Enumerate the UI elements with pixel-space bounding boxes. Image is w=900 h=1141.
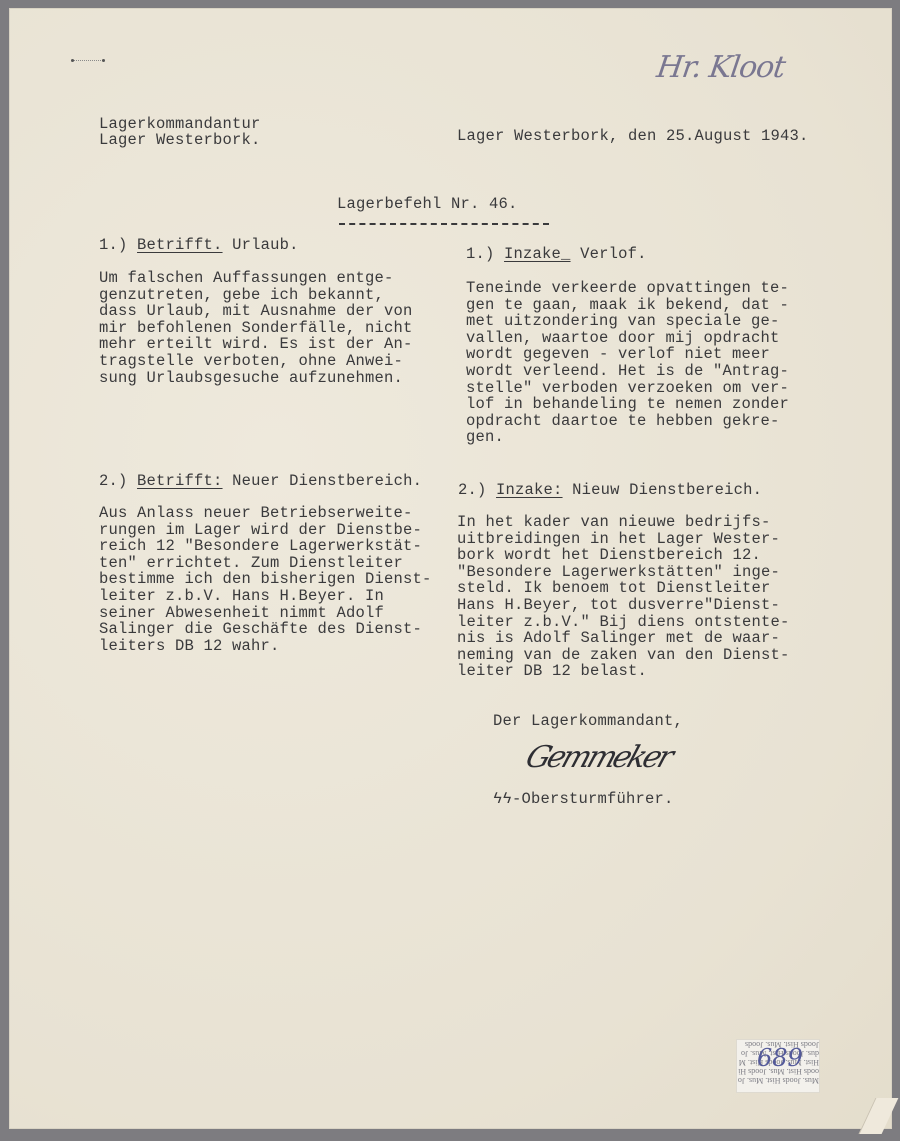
section-1-de-heading: 1.) Betrifft. Urlaub. bbox=[99, 237, 299, 254]
text-line: reich 12 "Besondere Lagerwerkstät- bbox=[99, 538, 432, 555]
text-line: leiters DB 12 wahr. bbox=[99, 638, 432, 655]
folded-corner bbox=[859, 1098, 899, 1134]
text-line: genzutreten, gebe ich bekannt, bbox=[99, 287, 413, 304]
section-label: Inzake: bbox=[496, 481, 563, 499]
section-2-de-body: Aus Anlass neuer Betriebserweite-rungen … bbox=[99, 505, 432, 654]
text-line: gen. bbox=[466, 429, 789, 446]
text-line: Salinger die Geschäfte des Dienst- bbox=[99, 621, 432, 638]
text-line: rungen im Lager wird der Dienstbe- bbox=[99, 522, 432, 539]
punch-mark bbox=[73, 60, 103, 63]
text-line: nis is Adolf Salinger met de waar- bbox=[457, 630, 790, 647]
text-line: wordt gegeven - verlof niet meer bbox=[466, 346, 789, 363]
text-line: steld. Ik benoem tot Dienstleiter bbox=[457, 580, 790, 597]
text-line: mir befohlenen Sonderfälle, nicht bbox=[99, 320, 413, 337]
text-line: gen te gaan, maak ik bekend, dat - bbox=[466, 297, 789, 314]
section-2-nl-body: In het kader van nieuwe bedrijfs-uitbrei… bbox=[457, 514, 790, 680]
section-number: 1.) bbox=[99, 236, 128, 254]
stamp-line: Mus. Joods Hist. Mus. Jo bbox=[737, 1076, 819, 1085]
document-page: Hr. Kloot Lagerkommandantur Lager Wester… bbox=[9, 8, 892, 1129]
text-line: bork wordt het Dienstbereich 12. bbox=[457, 547, 790, 564]
sender-line-2: Lager Westerbork. bbox=[99, 132, 261, 149]
section-label: Betrifft. bbox=[137, 236, 223, 254]
section-1-de-body: Um falschen Auffassungen entge-genzutret… bbox=[99, 270, 413, 386]
section-number: 2.) bbox=[99, 472, 128, 490]
archive-stamp: Mus. Joods Hist. Mus. Jooods Hist. Mus. … bbox=[736, 1039, 820, 1093]
section-1-nl-body: Teneinde verkeerde opvattingen te-gen te… bbox=[466, 280, 789, 446]
section-number: 1.) bbox=[466, 245, 495, 263]
text-line: In het kader van nieuwe bedrijfs- bbox=[457, 514, 790, 531]
section-subject: Neuer Dienstbereich. bbox=[232, 472, 422, 490]
text-line: uitbreidingen in het Lager Wester- bbox=[457, 531, 790, 548]
text-line: seiner Abwesenheit nimmt Adolf bbox=[99, 605, 432, 622]
place-date: Lager Westerbork, den 25.August 1943. bbox=[457, 128, 809, 145]
title-underline bbox=[339, 223, 549, 225]
text-line: met uitzondering van speciale ge- bbox=[466, 313, 789, 330]
document-title: Lagerbefehl Nr. 46. bbox=[337, 196, 518, 213]
text-line: stelle" verboden verzoeken om ver- bbox=[466, 380, 789, 397]
text-line: lof in behandeling te nemen zonder bbox=[466, 396, 789, 413]
text-line: tragstelle verboten, ohne Anwei- bbox=[99, 353, 413, 370]
text-line: Hans H.Beyer, tot dusverre"Dienst- bbox=[457, 597, 790, 614]
section-2-nl-heading: 2.) Inzake: Nieuw Dienstbereich. bbox=[458, 482, 762, 499]
text-line: opdracht daartoe te hebben gekre- bbox=[466, 413, 789, 430]
section-subject: Nieuw Dienstbereich. bbox=[572, 481, 762, 499]
text-line: Aus Anlass neuer Betriebserweite- bbox=[99, 505, 432, 522]
text-line: leiter z.b.V. Hans H.Beyer. In bbox=[99, 588, 432, 605]
text-line: neming van de zaken van den Dienst- bbox=[457, 647, 790, 664]
text-line: ten" errichtet. Zum Dienstleiter bbox=[99, 555, 432, 572]
section-2-de-heading: 2.) Betrifft: Neuer Dienstbereich. bbox=[99, 473, 422, 490]
section-subject: Verlof. bbox=[580, 245, 647, 263]
text-line: "Besondere Lagerwerkstätten" inge- bbox=[457, 564, 790, 581]
text-line: sung Urlaubsgesuche aufzunehmen. bbox=[99, 370, 413, 387]
handwritten-note: Hr. Kloot bbox=[655, 50, 787, 85]
section-1-nl-heading: 1.) Inzake_ Verlof. bbox=[466, 246, 647, 263]
text-line: Teneinde verkeerde opvattingen te- bbox=[466, 280, 789, 297]
text-line: leiter DB 12 belast. bbox=[457, 663, 790, 680]
section-number: 2.) bbox=[458, 481, 487, 499]
signatory-line: Der Lagerkommandant, bbox=[493, 713, 683, 730]
text-line: dass Urlaub, mit Ausnahme der von bbox=[99, 303, 413, 320]
stamp-handwritten-number: 689 bbox=[757, 1044, 803, 1072]
text-line: wordt verleend. Het is de "Antrag- bbox=[466, 363, 789, 380]
text-line: mehr erteilt wird. Es ist der An- bbox=[99, 336, 413, 353]
section-label: Inzake_ bbox=[504, 245, 571, 263]
section-label: Betrifft: bbox=[137, 472, 223, 490]
text-line: bestimme ich den bisherigen Dienst- bbox=[99, 571, 432, 588]
rank-line: ϟϟ-Obersturmführer. bbox=[493, 791, 674, 808]
text-line: leiter z.b.V." Bij diens ontstente- bbox=[457, 614, 790, 631]
text-line: vallen, waartoe door mij opdracht bbox=[466, 330, 789, 347]
section-subject: Urlaub. bbox=[232, 236, 299, 254]
signature: Gemmeker bbox=[521, 740, 675, 775]
text-line: Um falschen Auffassungen entge- bbox=[99, 270, 413, 287]
